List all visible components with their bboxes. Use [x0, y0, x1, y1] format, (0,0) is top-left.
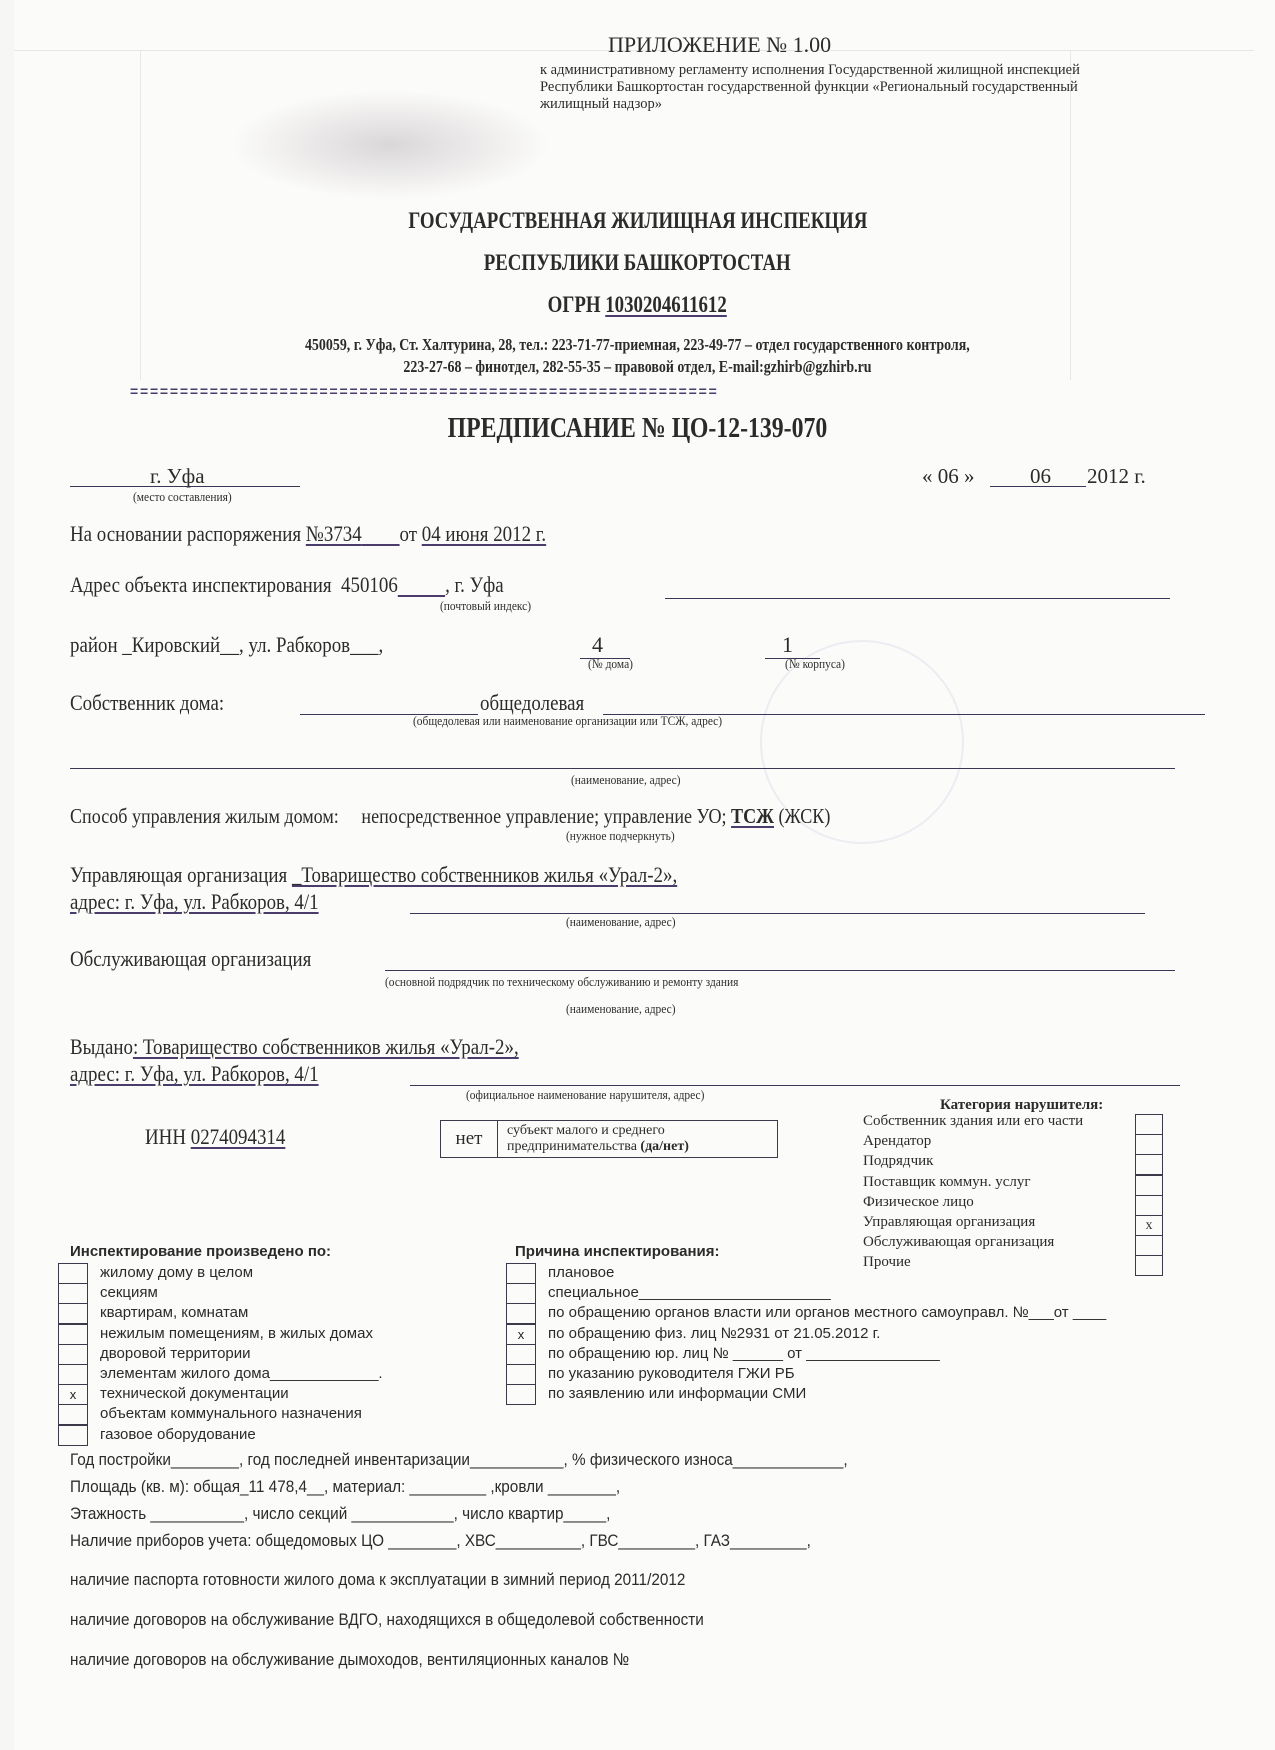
management-method: Способ управления жилым домом: непосредс… — [70, 804, 954, 829]
postal-code: 450106 — [341, 572, 398, 597]
building-info-line: наличие паспорта готовности жилого дома … — [70, 1570, 685, 1590]
violator-category-checkbox[interactable] — [1135, 1235, 1163, 1256]
header-separator: ========================================… — [130, 383, 719, 399]
inspection-scope-checkbox[interactable] — [58, 1344, 88, 1365]
violator-category-label: Подрядчик — [863, 1153, 933, 1170]
inspection-reason-checkbox[interactable]: x — [506, 1324, 536, 1345]
city: , г. Уфа — [445, 572, 504, 597]
violator-category-label: Арендатор — [863, 1133, 931, 1150]
basis-line: На основании распоряжения №3734 от 04 ию… — [70, 521, 624, 547]
inspection-scope-checkbox[interactable] — [58, 1364, 88, 1385]
inspection-scope-checkbox[interactable] — [58, 1404, 88, 1425]
inspection-scope-title: Инспектирование произведено по: — [70, 1243, 331, 1260]
address-line: Адрес объекта инспектирования 450106 , г… — [70, 572, 574, 598]
sme-value: нет — [441, 1121, 498, 1157]
inspection-scope-checkbox[interactable] — [58, 1324, 88, 1345]
order-date: 04 июня 2012 г. — [422, 521, 546, 546]
building-info-line: Этажность ___________, число секций ____… — [70, 1504, 610, 1524]
service-org-hint: (основной подрядчик по техническому обсл… — [385, 974, 738, 990]
management-org-hint: (наименование, адрес) — [566, 914, 676, 930]
district-line: район _Кировский__, ул. Рабкоров___, — [70, 632, 434, 658]
owner-label: Собственник дома: — [70, 690, 249, 716]
building-info-line: наличие договоров на обслуживание ВДГО, … — [70, 1610, 704, 1630]
violator-category-label: Обслуживающая организация — [863, 1234, 1054, 1251]
appendix-title: ПРИЛОЖЕНИЕ № 1.00 — [608, 32, 831, 58]
org-contacts-line2: 223-27-68 – финотдел, 282-55-35 – правов… — [0, 357, 1275, 377]
violator-category-checkbox[interactable] — [1135, 1255, 1163, 1276]
management-org: Управляющая организация _Товарищество со… — [70, 862, 776, 888]
violator-category-label: Физическое лицо — [863, 1194, 974, 1211]
violator-category-checkbox[interactable] — [1135, 1114, 1163, 1135]
document-title: ПРЕДПИСАНИЕ № ЦО-12-139-070 — [0, 412, 1275, 445]
violator-category-title: Категория нарушителя: — [940, 1097, 1103, 1114]
service-org-label: Обслуживающая организация — [70, 946, 351, 972]
owner-second-underline — [70, 768, 1175, 769]
inn: ИНН 0274094314 — [145, 1124, 308, 1150]
ogrn: ОГРН 1030204611612 — [0, 292, 1275, 318]
org-name-line2: РЕСПУБЛИКИ БАШКОРТОСТАН — [0, 250, 1275, 276]
building-info-line: Год постройки________, год последней инв… — [70, 1450, 848, 1470]
date-day: « 06 » — [922, 464, 975, 489]
issued-to-name: : Товарищество собственников жилья «Урал… — [133, 1034, 519, 1059]
issued-to-underline — [410, 1085, 1180, 1086]
org-name-line1: ГОСУДАРСТВЕННАЯ ЖИЛИЩНАЯ ИНСПЕКЦИЯ — [0, 208, 1275, 234]
basis-label: На основании распоряжения — [70, 521, 301, 546]
sme-label: субъект малого и среднего предпринимател… — [507, 1123, 689, 1155]
date-month: 06 — [1030, 464, 1051, 489]
management-org-address: адрес: г. Уфа, ул. Рабкоров, 4/1 — [70, 889, 359, 915]
inspection-scope-label: квартирам, комнатам — [100, 1304, 248, 1321]
inspection-scope-label: секциям — [100, 1284, 158, 1301]
appendix-subtitle-line: Республики Башкортостан государственной … — [540, 79, 1080, 96]
ogrn-value: 1030204611612 — [606, 292, 728, 317]
inspection-scope-label: газовое оборудование — [100, 1426, 256, 1443]
inspection-reason-label: плановое — [548, 1264, 614, 1281]
violator-category-checkbox[interactable] — [1135, 1134, 1163, 1155]
inspection-reason-label: по заявлению или информации СМИ — [548, 1385, 806, 1402]
scan-shadow — [230, 90, 550, 200]
inspection-reason-checkbox[interactable] — [506, 1344, 536, 1365]
inspection-scope-checkbox[interactable] — [58, 1263, 88, 1284]
inspection-reason-checkbox[interactable] — [506, 1263, 536, 1284]
inspection-reason-label: по обращению юр. лиц № ______ от _______… — [548, 1345, 940, 1362]
violator-category-label: Собственник здания или его части — [863, 1113, 1083, 1130]
inspection-reason-label: по указанию руководителя ГЖИ РБ — [548, 1365, 795, 1382]
appendix-subtitle-line: жилищный надзор» — [540, 96, 1080, 113]
inn-value: 0274094314 — [191, 1124, 286, 1149]
date-year: 2012 г. — [1087, 464, 1146, 489]
building-info-line: Площадь (кв. м): общая_11 478,4__, матер… — [70, 1477, 620, 1497]
house-number: 4 — [592, 632, 603, 658]
inspection-reason-label: специальное_______________________ — [548, 1284, 831, 1301]
management-org-underline — [410, 913, 1145, 914]
inspection-scope-checkbox[interactable] — [58, 1425, 88, 1446]
violator-category-checkbox[interactable] — [1135, 1175, 1163, 1196]
inspection-reason-label: по обращению физ. лиц №2931 от 21.05.201… — [548, 1325, 880, 1342]
issued-to-address: адрес: г. Уфа, ул. Рабкоров, 4/1 — [70, 1061, 359, 1087]
violator-category-checkbox[interactable] — [1135, 1154, 1163, 1175]
violator-category-checkbox[interactable] — [1135, 1195, 1163, 1216]
service-org-hint-2: (наименование, адрес) — [566, 1001, 676, 1017]
inspection-scope-label: объектам коммунального назначения — [100, 1405, 362, 1422]
inspection-reason-title: Причина инспектирования: — [515, 1243, 720, 1260]
inspection-scope-label: нежилым помещениям, в жилых домах — [100, 1325, 373, 1342]
building-number: 1 — [782, 632, 793, 658]
building-info-line: наличие договоров на обслуживание дымохо… — [70, 1650, 629, 1670]
ogrn-label: ОГРН — [548, 292, 601, 317]
management-org-name: _Товарищество собственников жилья «Урал-… — [292, 862, 677, 887]
appendix-subtitle-line: к административному регламенту исполнени… — [540, 62, 1080, 79]
inspection-scope-label: дворовой территории — [100, 1345, 251, 1362]
building-info-line: Наличие приборов учета: общедомовых ЦО _… — [70, 1531, 811, 1551]
inspection-reason-checkbox[interactable] — [506, 1384, 536, 1405]
street: , ул. Рабкоров___, — [239, 632, 383, 657]
building-hint: (№ корпуса) — [785, 656, 845, 672]
org-contacts-line1: 450059, г. Уфа, Ст. Халтурина, 28, тел.:… — [0, 335, 1275, 355]
violator-category-label: Прочие — [863, 1254, 911, 1271]
inspection-scope-label: элементам жилого дома_____________. — [100, 1365, 383, 1382]
violator-category-checkbox[interactable]: x — [1135, 1215, 1163, 1236]
owner-second-hint: (наименование, адрес) — [571, 772, 681, 788]
inspection-scope-checkbox[interactable] — [58, 1303, 88, 1324]
owner-hint: (общедолевая или наименование организаци… — [413, 713, 722, 729]
inspection-scope-label: жилому дому в целом — [100, 1264, 253, 1281]
place-hint: (место составления) — [133, 489, 232, 505]
house-hint: (№ дома) — [588, 656, 633, 672]
issued-to-hint: (официальное наименование нарушителя, ад… — [466, 1087, 704, 1103]
postal-hint: (почтовый индекс) — [440, 598, 531, 614]
inspection-scope-checkbox[interactable]: x — [58, 1384, 88, 1405]
violator-category-label: Поставщик коммун. услуг — [863, 1174, 1031, 1191]
appendix-subtitle: к административному регламенту исполнени… — [540, 62, 1080, 113]
sme-box: нет субъект малого и среднего предприним… — [440, 1120, 778, 1158]
inspection-reason-checkbox[interactable] — [506, 1364, 536, 1385]
violator-category-label: Управляющая организация — [863, 1214, 1035, 1231]
address-underline — [665, 598, 1170, 599]
district: _Кировский__ — [122, 632, 239, 657]
inspection-scope-checkbox[interactable] — [58, 1283, 88, 1304]
inspection-reason-checkbox[interactable] — [506, 1283, 536, 1304]
inspection-reason-label: по обращению органов власти или органов … — [548, 1304, 1106, 1321]
service-org-underline — [385, 970, 1175, 971]
management-method-hint: (нужное подчеркнуть) — [566, 828, 675, 844]
place-value: г. Уфа — [150, 464, 205, 489]
inspection-reason-checkbox[interactable] — [506, 1303, 536, 1324]
management-method-selected: ТСЖ — [731, 804, 774, 828]
issued-to: Выдано: Товарищество собственников жилья… — [70, 1034, 592, 1060]
inspection-scope-label: технической документации — [100, 1385, 289, 1402]
order-number: №3734 — [306, 521, 362, 546]
